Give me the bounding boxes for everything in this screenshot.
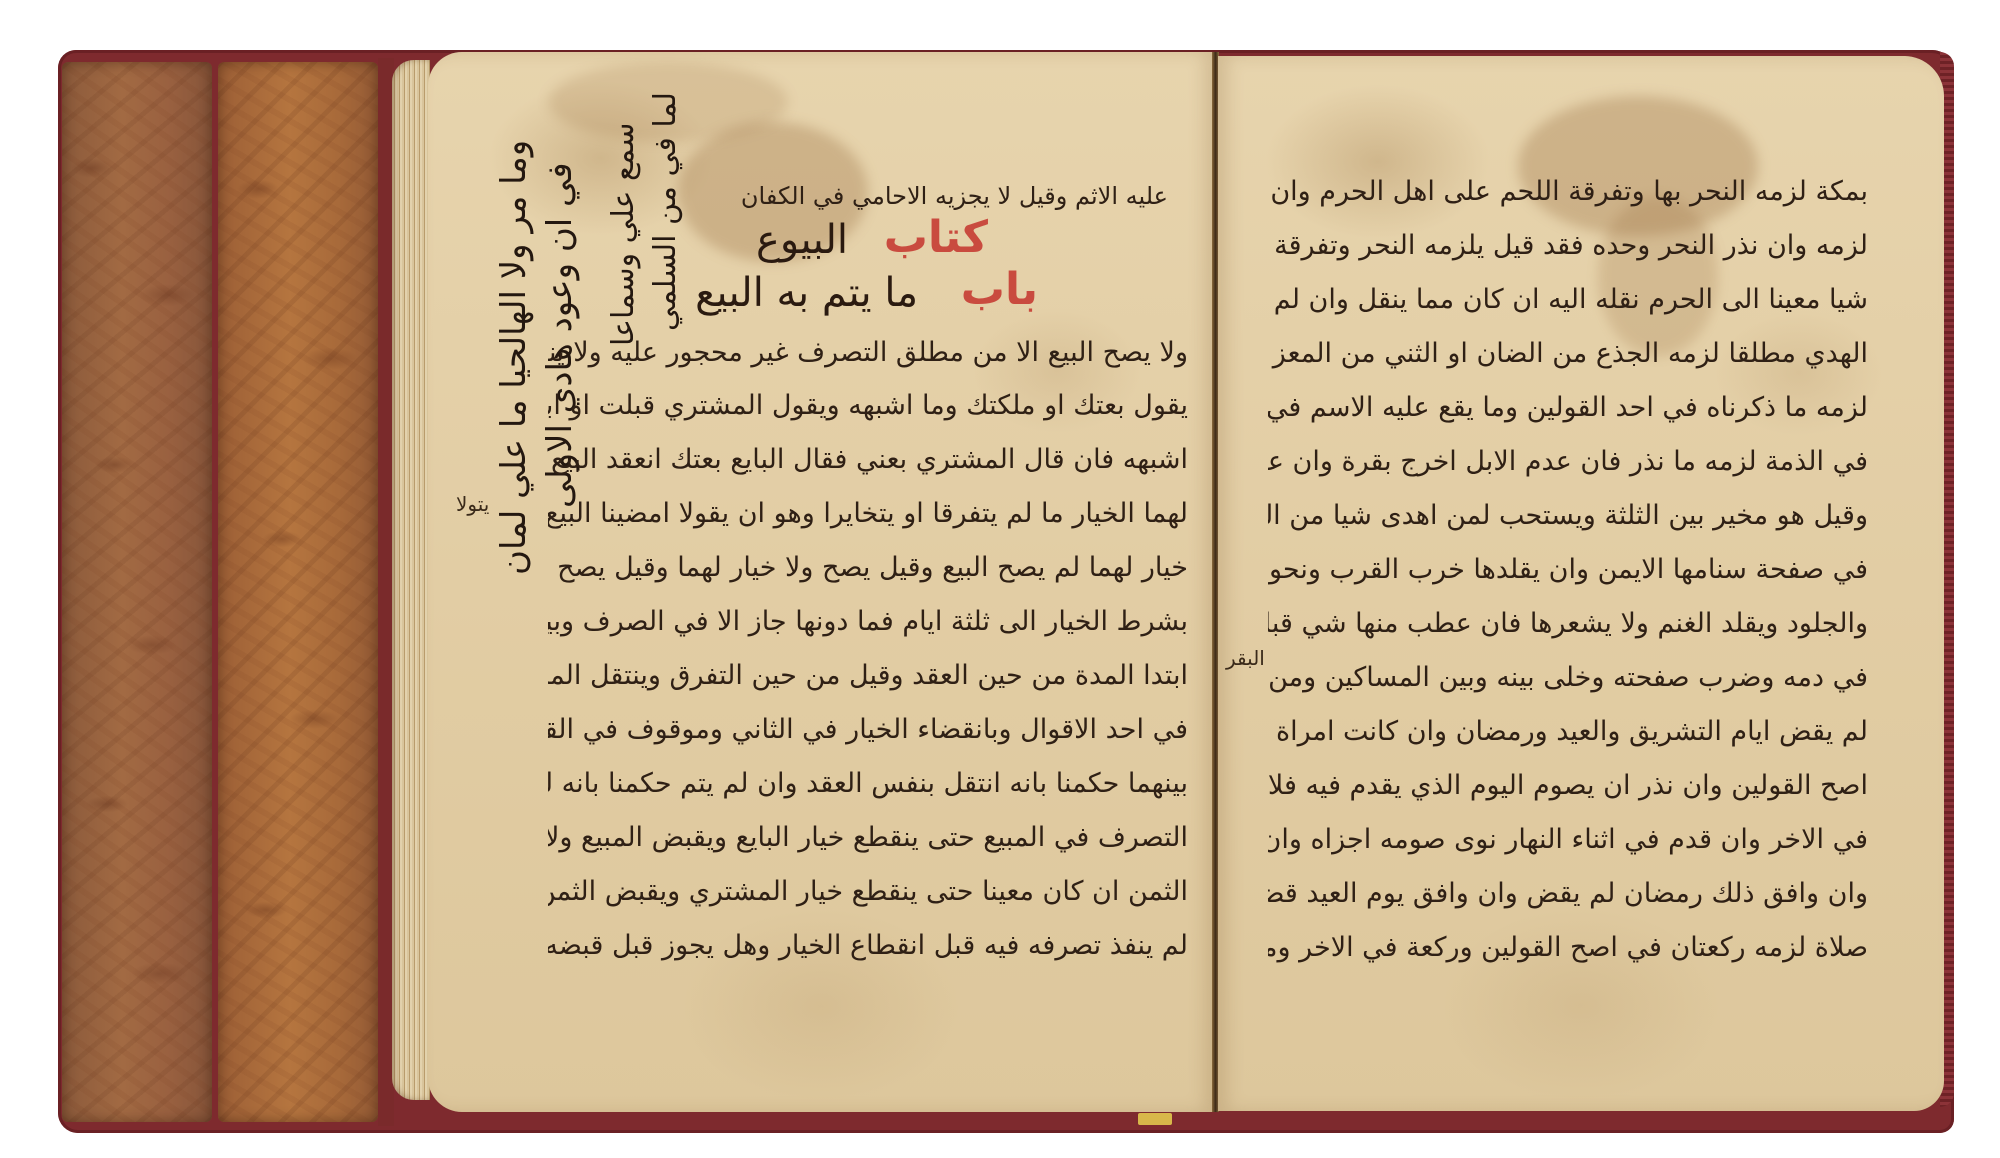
text-line: لزمه وان نذر النحر وحده فقد قيل يلزمه ال…: [1268, 230, 1868, 261]
marbled-flap-panel-inner: [218, 62, 378, 1122]
yellow-headband-tab: [1138, 1113, 1172, 1125]
text-line: وقيل هو مخير بين الثلثة ويستحب لمن اهدى …: [1268, 500, 1868, 531]
text-line: بمكة لزمه النحر بها وتفرقة اللحم على اهل…: [1268, 176, 1868, 207]
heading-kitab-rubric: كتاب: [848, 212, 988, 263]
text-line: في الذمة لزمه ما نذر فان عدم الابل اخرج …: [1268, 446, 1868, 477]
text-line: خيار لهما لم يصح البيع وقيل يصح ولا خيار…: [548, 552, 1188, 583]
text-line: في دمه وضرب صفحته وخلى بينه وبين المساكي…: [1268, 662, 1868, 693]
marbled-flap-panel-outer: [62, 62, 212, 1122]
text-line: في احد الاقوال وبانقضاء الخيار في الثاني…: [548, 714, 1188, 745]
margin-side-note: يتولا: [456, 492, 489, 516]
text-line: لم ينفذ تصرفه فيه قبل انقطاع الخيار وهل …: [548, 930, 1188, 961]
text-line: بشرط الخيار الى ثلثة ايام فما دونها جاز …: [548, 606, 1188, 637]
text-line: اشبهه فان قال المشتري بعني فقال البايع ب…: [548, 444, 1188, 475]
heading-bab-title: ما يتم به البيع: [628, 270, 918, 316]
text-line: في صفحة سنامها الايمن وان يقلدها خرب الق…: [1268, 554, 1868, 585]
text-line: الهدي مطلقا لزمه الجذع من الضان او الثني…: [1268, 338, 1868, 369]
text-line-top: عليه الاثم وقيل لا يجزيه الاحامي في الكف…: [728, 182, 1168, 210]
text-line: التصرف في المبيع حتى ينقطع خيار البايع و…: [548, 822, 1188, 853]
heading-bab-rubric: باب: [928, 264, 1038, 315]
text-line: صلاة لزمه ركعتان في اصح القولين وركعة في…: [1268, 932, 1868, 963]
text-line: لهما الخيار ما لم يتفرقا او يتخايرا وهو …: [548, 498, 1188, 529]
text-line: يقول بعتك او ملكتك وما اشبهه ويقول المشت…: [548, 390, 1188, 421]
margin-side-note: البقر: [1226, 646, 1265, 670]
text-line: لزمه ما ذكرناه في احد القولين وما يقع عل…: [1268, 392, 1868, 423]
text-line: ولا يصح البيع الا من مطلق التصرف غير محج…: [548, 337, 1188, 368]
left-page: وما مر ولا الهالحيا ما علي لمان في ان وع…: [428, 52, 1214, 1112]
text-line: لم يقض ايام التشريق والعيد ورمضان وان كا…: [1268, 716, 1868, 747]
text-line: شيا معينا الى الحرم نقله اليه ان كان مما…: [1268, 284, 1868, 315]
right-page: البقر بمكة لزمه النحر بها وتفرقة اللحم ع…: [1218, 56, 1944, 1111]
text-line: في الاخر وان قدم في اثناء النهار نوى صوم…: [1268, 824, 1868, 855]
heading-kitab-title: البيوع: [648, 217, 848, 263]
manuscript-photo: وما مر ولا الهالحيا ما علي لمان في ان وع…: [0, 0, 2000, 1158]
text-line: ابتدا المدة من حين العقد وقيل من حين الت…: [548, 660, 1188, 691]
text-line: الثمن ان كان معينا حتى ينقطع خيار المشتر…: [548, 876, 1188, 907]
text-line: والجلود ويقلد الغنم ولا يشعرها فان عطب م…: [1268, 608, 1868, 639]
text-line: بينهما حكمنا بانه انتقل بنفس العقد وان ل…: [548, 768, 1188, 799]
water-stain: [1598, 196, 1718, 356]
page-block-edge: [392, 60, 430, 1100]
margin-note: وما مر ولا الهالحيا ما علي لمان: [494, 140, 534, 520]
text-line: وان وافق ذلك رمضان لم يقض وان وافق يوم ا…: [1268, 878, 1868, 909]
text-line: اصح القولين وان نذر ان يصوم اليوم الذي ي…: [1268, 770, 1868, 801]
